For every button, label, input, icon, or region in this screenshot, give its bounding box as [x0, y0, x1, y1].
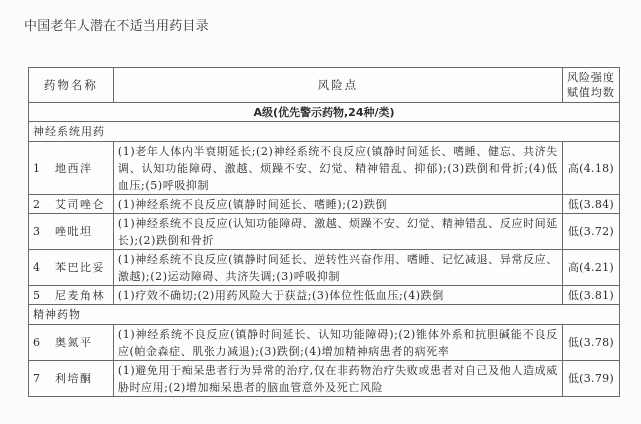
table-row: 5尼麦角林 (1)疗效不确切;(2)用药风险大于获益;(3)体位性低血压;(4)… — [29, 286, 620, 305]
risk-points-cell: (1)老年人体内半衰期延长;(2)神经系统不良反应(镇静时间延长、嗜睡、健忘、共… — [113, 142, 562, 195]
drug-name: 唑吡坦 — [55, 225, 93, 238]
table-row: 6奥氮平 (1)神经系统不良反应(镇静时间延长、认知功能障碍);(2)锥体外系和… — [29, 325, 620, 361]
risk-score-cell: 低(3.78) — [562, 325, 619, 361]
category-label: 神经系统用药 — [29, 122, 620, 142]
risk-points-cell: (1)避免用于痴呆患者行为异常的治疗,仅在非药物治疗失败或患者对自己及他人造成威… — [113, 361, 562, 397]
drug-number: 5 — [33, 287, 55, 304]
table-row: 2艾司唑仑 (1)神经系统不良反应(镇静时间延长、嗜睡);(2)跌倒 低(3.8… — [29, 195, 620, 214]
drug-name-cell: 6奥氮平 — [29, 325, 114, 361]
drug-number: 3 — [33, 223, 55, 240]
risk-score-cell: 低(3.81) — [562, 286, 619, 305]
drug-number: 2 — [33, 196, 55, 213]
drug-number: 4 — [33, 259, 55, 276]
table-row: 3唑吡坦 (1)神经系统不良反应(认知功能障碍、激越、烦躁不安、幻觉、精神错乱、… — [29, 214, 620, 250]
table-row: 7利培酮 (1)避免用于痴呆患者行为异常的治疗,仅在非药物治疗失败或患者对自己及… — [29, 361, 620, 397]
risk-points-cell: (1)神经系统不良反应(镇静时间延长、逆转性兴奋作用、嗜睡、记忆减退、异常反应、… — [113, 250, 562, 286]
risk-score-cell: 高(4.21) — [562, 250, 619, 286]
level-label: A级(优先警示药物,24种/类) — [29, 103, 620, 122]
header-risk-score: 风险强度 赋值均数 — [562, 68, 619, 103]
risk-points-cell: (1)疗效不确切;(2)用药风险大于获益;(3)体位性低血压;(4)跌倒 — [113, 286, 562, 305]
drug-name-cell: 4苯巴比妥 — [29, 250, 114, 286]
header-risk-score-line1: 风险强度 — [567, 70, 615, 85]
drug-number: 6 — [33, 334, 55, 351]
table-row: 4苯巴比妥 (1)神经系统不良反应(镇静时间延长、逆转性兴奋作用、嗜睡、记忆减退… — [29, 250, 620, 286]
drug-name: 尼麦角林 — [55, 289, 105, 302]
header-drug-name: 药物名称 — [29, 68, 114, 103]
drug-name-cell: 3唑吡坦 — [29, 214, 114, 250]
table-header-row: 药物名称 风险点 风险强度 赋值均数 — [29, 68, 620, 103]
drug-name: 利培酮 — [55, 372, 93, 385]
drug-name: 奥氮平 — [55, 336, 93, 349]
level-row: A级(优先警示药物,24种/类) — [29, 103, 620, 122]
drug-name: 艾司唑仑 — [55, 198, 105, 211]
header-risk-score-line2: 赋值均数 — [567, 85, 615, 100]
drug-name-cell: 1地西泮 — [29, 142, 114, 195]
category-row: 精神药物 — [29, 305, 620, 325]
risk-points-cell: (1)神经系统不良反应(认知功能障碍、激越、烦躁不安、幻觉、精神错乱、反应时间延… — [113, 214, 562, 250]
drug-name-cell: 2艾司唑仑 — [29, 195, 114, 214]
risk-score-cell: 低(3.79) — [562, 361, 619, 397]
drug-number: 7 — [33, 370, 55, 387]
risk-score-cell: 低(3.72) — [562, 214, 619, 250]
risk-points-cell: (1)神经系统不良反应(镇静时间延长、认知功能障碍);(2)锥体外系和抗胆碱能不… — [113, 325, 562, 361]
drug-number: 1 — [33, 160, 55, 177]
drug-name-cell: 7利培酮 — [29, 361, 114, 397]
risk-points-cell: (1)神经系统不良反应(镇静时间延长、嗜睡);(2)跌倒 — [113, 195, 562, 214]
drug-name: 苯巴比妥 — [55, 261, 105, 274]
category-row: 神经系统用药 — [29, 122, 620, 142]
risk-score-cell: 低(3.84) — [562, 195, 619, 214]
drug-name: 地西泮 — [55, 162, 93, 175]
page-title: 中国老年人潜在不适当用药目录 — [24, 15, 209, 34]
risk-score-cell: 高(4.18) — [562, 142, 619, 195]
category-label: 精神药物 — [29, 305, 620, 325]
drug-name-cell: 5尼麦角林 — [29, 286, 114, 305]
table-row: 1地西泮 (1)老年人体内半衰期延长;(2)神经系统不良反应(镇静时间延长、嗜睡… — [29, 142, 620, 195]
drug-risk-table: 药物名称 风险点 风险强度 赋值均数 A级(优先警示药物,24种/类) 神经系统… — [28, 67, 620, 397]
header-risk-points: 风险点 — [113, 68, 562, 103]
